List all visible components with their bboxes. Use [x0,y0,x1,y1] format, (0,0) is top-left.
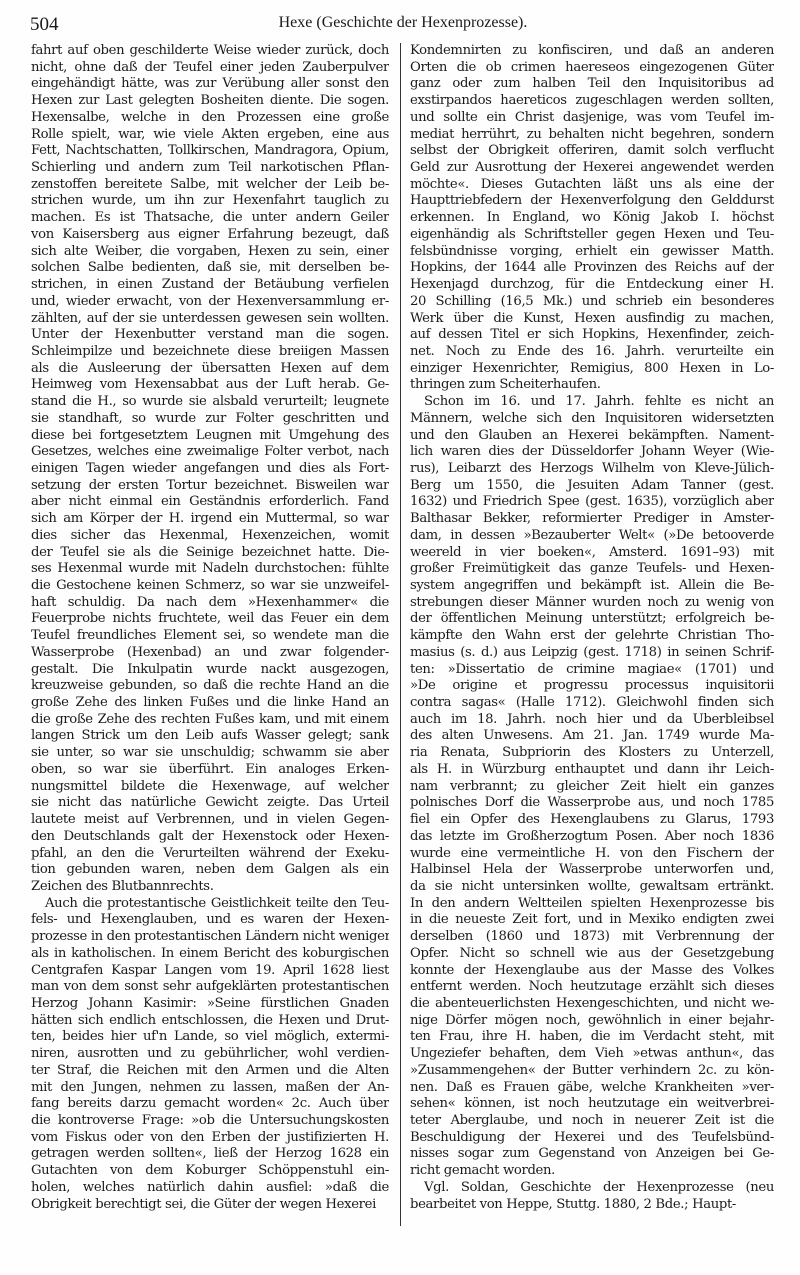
text-line: dies sicher das Hexenmal, Hexenzeichen, … [31,528,389,545]
text-line: Balthasar Bekker, reformierter Prediger … [410,511,774,528]
text-line: rus), Leibarzt des Herzogs Wilhelm von K… [410,461,774,478]
text-line: 20 Schilling (16,5 Mk.) und schrieb ein … [410,294,774,311]
text-line: eingehändigt hätte, was zur Verübung all… [31,76,389,93]
text-line: Fett, Nachtschatten, Tollkirschen, Mandr… [31,143,389,160]
text-line: und, wieder erwacht, von der Hexenversam… [31,294,389,311]
text-line: oben, so war sie überführt. Ein analoges… [31,762,389,779]
text-line: ten, beides hier uf'n Lande, so viel mög… [31,1029,389,1046]
text-line: Hexenjagd durchzog, für die Entdeckung e… [410,277,774,294]
text-line: das letzte im Großherzogtum Posen. Aber … [410,829,774,846]
text-line: Heimweg vom Hexensabbat aus der Luft her… [31,377,389,394]
text-line: Schleimpilze und bezeichnete diese breii… [31,344,389,361]
text-line: ten Frau, ihre H. haben, die im Verdacht… [410,1029,774,1046]
text-line: lich waren dies der Düsseldorfer Johann … [410,444,774,461]
text-line: nen. Daß es Frauen gäbe, welche Krankhei… [410,1080,774,1097]
text-line: Centgrafen Kaspar Langen vom 19. April 1… [31,963,389,980]
text-line: die große Zehe des rechten Fußes kam, un… [31,712,389,729]
text-line: hätten sich endlich entschlossen, die He… [31,1013,389,1030]
text-line: Männern, welche sich den Inquisitoren wi… [410,411,774,428]
text-line: der öffentlichen Meinung unterstützt; er… [410,611,774,628]
text-line: Obrigkeit berechtigt sei, die Güter der … [31,1197,389,1214]
text-line: exstirpandos haereticos zugeschlagen wer… [410,93,774,110]
text-line: Zeichen des Blutbannrechts. [31,879,389,896]
text-line: nungsmittel bildete die Hexenwage, auf w… [31,779,389,796]
text-line: von Kaisersberg aus eigner Erfahrung bez… [31,227,389,244]
text-line: möchte«. Dieses Gutachten läßt uns als e… [410,177,774,194]
text-line: diese bei fortgesetztem Leugnen mit Umge… [31,428,389,445]
text-line: strichen wurde, um ihn zur Hexenfahrt ta… [31,193,389,210]
text-line: einigen Tagen wieder angefangen und dies… [31,461,389,478]
text-line: ter Straf, die Reichen mit den Armen und… [31,1063,389,1080]
text-line: ria Renata, Subpriorin des Klosters zu U… [410,745,774,762]
text-line: niren, ausrotten und zu gebührlicher, wo… [31,1046,389,1063]
text-line: erkennen. In England, wo König Jakob I. … [410,210,774,227]
text-line: nam verbrannt; zu gleicher Zeit hielt ei… [410,779,774,796]
text-line: Ungeziefer behaften, dem Vieh »etwas ant… [410,1046,774,1063]
text-line: polnisches Dorf die Wasserprobe aus, und… [410,795,774,812]
text-line: und den Glauben an Hexerei bekämpften. N… [410,428,774,445]
text-line: als H. in Würzburg enthauptet und dann i… [410,762,774,779]
text-line: fahrt auf oben geschilderte Weise wieder… [31,43,389,60]
text-line: machen. Es ist Thatsache, die unter ande… [31,210,389,227]
book-page: 504 Hexe (Geschichte der Hexenprozesse).… [0,0,800,1275]
text-line: vom Fiskus oder von den Erben der justif… [31,1130,389,1147]
text-line: In den andern Weltteilen spielten Hexenp… [410,896,774,913]
text-line: Schierling und andern zum Teil narkotisc… [31,160,389,177]
left-column: fahrt auf oben geschilderte Weise wieder… [31,43,389,1213]
text-line: fiel ein Opfer des Hexenglaubens zu Glar… [410,812,774,829]
text-line: 1632) und Friedrich Spee (gest. 1635), v… [410,494,774,511]
text-line: derselben (1860 und 1873) mit Verbrennun… [410,929,774,946]
running-title: Hexe (Geschichte der Hexenprozesse). [30,14,776,32]
text-line: Gutachten von dem Koburger Schöppenstuhl… [31,1163,389,1180]
text-line: in die neueste Zeit fort, und in Mexiko … [410,912,774,929]
text-line: Beschuldigung der Hexerei und des Teufel… [410,1130,774,1147]
text-line: ten: »Dissertatio de crimine magiae« (17… [410,662,774,679]
text-line: Berg um 1550, die Jesuiten Adam Tanner (… [410,478,774,495]
text-line: Vgl. Soldan, Geschichte der Hexenprozess… [410,1180,774,1197]
text-line: Hexen zur Last gelegten Bosheiten diente… [31,93,389,110]
text-line: kreuzweise gebunden, so daß die rechte H… [31,678,389,695]
text-line: einziger Hexenrichter, Remigius, 800 Hex… [410,361,774,378]
text-line: setzung der ersten Tortur bezeichnet. Bi… [31,478,389,495]
text-line: sich alte Weiber, die vorgaben, Hexen zu… [31,244,389,261]
text-line: konnte der Hexenglaube aus der Masse des… [410,963,774,980]
text-line: felsbündnisse vorging, erhielt ein gewis… [410,244,774,261]
text-line: als in katholischen. In einem Bericht de… [31,946,389,963]
text-line: Hopkins, der 1644 alle Provinzen des Rei… [410,260,774,277]
text-line: langen Strick um den Leib aufs Wasser ge… [31,728,389,745]
text-line: zenstoffen bereitete Salbe, mit welcher … [31,177,389,194]
text-line: als die Ausleerung der übersatten Hexen … [31,361,389,378]
text-line: »De origine et progressu processus inqui… [410,678,774,695]
text-line: großer Freimütigkeit das ganze Teufels- … [410,561,774,578]
text-line: Halbinsel Hela der Wasserprobe unterworf… [410,862,774,879]
page-header: 504 Hexe (Geschichte der Hexenprozesse). [30,14,776,40]
text-line: sehen« können, ist noch heutzutage ein w… [410,1096,774,1113]
text-line: die Gestochene keinen Schmerz, so war si… [31,578,389,595]
right-column: Kondemnirten zu konfisciren, und daß an … [410,43,774,1213]
text-line: contra sagas« (Halle 1712). Gleichwohl f… [410,695,774,712]
text-line: wurde eine vermeintliche H. von den Fisc… [410,846,774,863]
text-line: Auch die protestantische Geistlichkeit t… [31,896,389,913]
text-line: selbst der Obrigkeit offeriren, damit so… [410,143,774,160]
text-line: »Zusammengehen« der Butter verhindern 2c… [410,1063,774,1080]
text-line: entfernt werden. Noch heutzutage erzählt… [410,979,774,996]
text-line: haft schuldig. Da nach dem »Hexenhammer«… [31,595,389,612]
text-line: die kontroverse Frage: »ob die Untersuch… [31,1113,389,1130]
text-line: zählten, auf der sie unterdessen gewesen… [31,311,389,328]
text-line: Geld zur Ausrottung der Hexerei angewend… [410,160,774,177]
text-line: nicht, ohne daß der Teufel einer jeden Z… [31,60,389,77]
text-line: strichen, in einen Zustand der Betäubung… [31,277,389,294]
text-line: Teufel freundliches Element sei, so wend… [31,628,389,645]
text-line: sie nicht das natürliche Gewicht zeigte.… [31,795,389,812]
text-line: nisses sogar zum Gegenstand von Anzeigen… [410,1146,774,1163]
text-line: getragen werden sollten«, ließ der Herzo… [31,1146,389,1163]
text-line: große Zehe des linken Fußes und die link… [31,695,389,712]
text-line: Kondemnirten zu konfisciren, und daß an … [410,43,774,60]
text-line: pfahl, an den die Verurteilten während d… [31,846,389,863]
text-line: Feuerprobe nichts fruchtete, weil das Fe… [31,611,389,628]
text-line: masius (s. d.) aus Leipzig (gest. 1718) … [410,645,774,662]
text-line: weereld in vier boeken«, Amsterd. 1691–9… [410,545,774,562]
text-line: strebungen dieser Männer wurden noch zu … [410,595,774,612]
text-line: mediat herrührt, zu behalten nicht begeh… [410,127,774,144]
text-line: ses Hexenmal wurde mit Nadeln durchstoch… [31,561,389,578]
text-line: auf dessen Titel er sich Hopkins, Hexenf… [410,327,774,344]
text-line: Rolle spielt, war, wie viele Akten ergeb… [31,127,389,144]
text-line: fels- und Hexenglauben, und es waren der… [31,912,389,929]
text-line: Orten die ob crimen haereseos eingezogen… [410,60,774,77]
text-line: fang bereits darzu gemacht worden« 2c. A… [31,1096,389,1113]
text-line: sie standhaft, so wurde zur Folter gesch… [31,411,389,428]
text-line: stand die H., so wurde sie alsbald verur… [31,394,389,411]
text-line: die abenteuerlichsten Hexengeschichten, … [410,996,774,1013]
text-line: Werk über die Kunst, Hexen ausfindig zu … [410,311,774,328]
text-line: eigenhändig als Schriftsteller gegen Hex… [410,227,774,244]
text-line: gestalt. Die Inkulpatin wurde nackt ausg… [31,662,389,679]
text-line: teter Aberglaube, und noch in neuerer Ze… [410,1113,774,1130]
text-line: aber nicht einmal ein Geständnis erforde… [31,494,389,511]
text-line: Gesetzes, welches eine zweimalige Folter… [31,444,389,461]
text-line: Haupttriebfedern der Hexenverfolgung den… [410,193,774,210]
text-line: prozesse in den protestantischen Ländern… [31,929,389,946]
text-line: des alten Unwesens. Am 21. Jan. 1749 wur… [410,728,774,745]
text-line: holen, welches natürlich dahin ausfiel: … [31,1180,389,1197]
text-line: da sie nicht untersinken wollte, gewalts… [410,879,774,896]
column-divider [400,43,401,1226]
text-line: sie unter, so war sie unschuldig; schwam… [31,745,389,762]
text-line: Opfer. Nicht so schnell wie aus der Gese… [410,946,774,963]
text-line: Hexensalbe, welche in den Prozessen eine… [31,110,389,127]
text-line: system angegriffen und bekämpft ist. All… [410,578,774,595]
text-line: und sollte ein Christ dasjenige, was vom… [410,110,774,127]
text-line: Unter der Hexenbutter verstand man die s… [31,327,389,344]
text-line: Herzog Johann Kasimir: »Seine fürstliche… [31,996,389,1013]
text-line: solchen Salbe bedienten, daß sie, mit de… [31,260,389,277]
text-line: ganz oder zum halben Teil den Inquisitor… [410,76,774,93]
text-line: mit den Jungen, nehmen zu lassen, maßen … [31,1080,389,1097]
text-line: auch im 18. Jahrh. noch hier und da Über… [410,712,774,729]
text-line: richt gemacht worden. [410,1163,774,1180]
text-line: net. Noch zu Ende des 16. Jahrh. verurte… [410,344,774,361]
text-line: nige Dörfer mögen noch, gewöhnlich in ei… [410,1013,774,1030]
text-line: bearbeitet von Heppe, Stuttg. 1880, 2 Bd… [410,1197,774,1214]
text-line: den Deutschlands galt der Hexenstock ode… [31,829,389,846]
text-line: man von dem sonst sehr aufgeklärten prot… [31,979,389,996]
text-line: kämpfte den Wahn erst der gelehrte Chris… [410,628,774,645]
text-line: Wasserprobe (Hexenbad) an und zwar folge… [31,645,389,662]
text-line: tion gebunden waren, neben dem Galgen al… [31,862,389,879]
text-line: dam, in dessen »Bezauberter Welt« (»De b… [410,528,774,545]
text-line: der Teufel sie als die Seinige bezeichne… [31,545,389,562]
text-line: lautete meist auf Verbrennen, und in vie… [31,812,389,829]
text-line: sich am Körper der H. irgend ein Mutterm… [31,511,389,528]
text-line: thringen zum Scheiterhaufen. [410,377,774,394]
text-line: Schon im 16. und 17. Jahrh. fehlte es ni… [410,394,774,411]
